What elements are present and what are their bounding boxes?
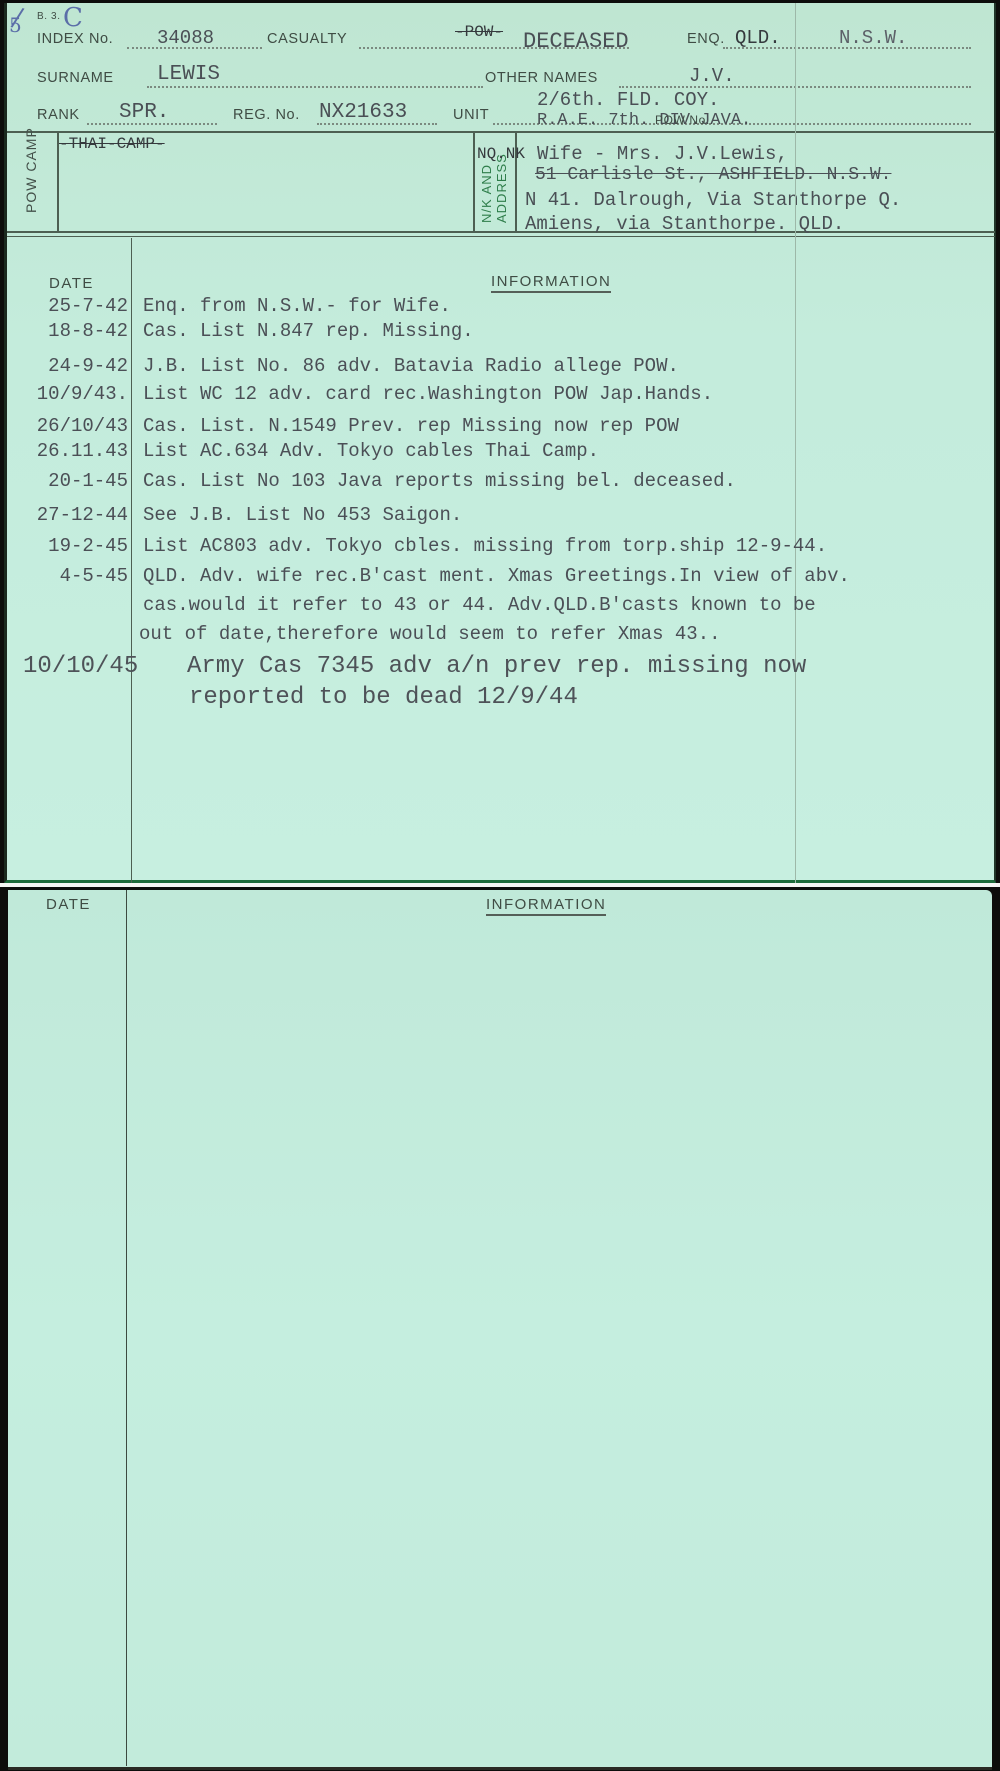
- surname-dots: [147, 86, 483, 88]
- entry-info: Army Cas 7345 adv a/n prev rep. missing …: [187, 653, 806, 680]
- pen-mark-c: C: [63, 3, 83, 33]
- address-label: ADDRESS: [494, 153, 509, 223]
- other-names-value: J.V.: [689, 65, 735, 87]
- other-names-label: OTHER NAMES: [485, 70, 598, 86]
- entry-info: reported to be dead 12/9/44: [189, 684, 578, 711]
- entry-date: 19-2-45: [48, 535, 128, 557]
- section-bottom-border-2: [7, 236, 995, 237]
- reg-no-label: REG. No.: [233, 107, 300, 123]
- entry-date: 4-5-45: [60, 565, 128, 587]
- entry-date: 24-9-42: [48, 355, 128, 377]
- entry-info: Cas. List. N.1549 Prev. rep Missing now …: [143, 415, 679, 437]
- enq-value-1: QLD.: [735, 27, 781, 49]
- unit-label: UNIT: [453, 107, 489, 123]
- entry-date: 20-1-45: [48, 470, 128, 492]
- entry-date: 27-12-44: [37, 504, 128, 526]
- entry-info: QLD. Adv. wife rec.B'cast ment. Xmas Gre…: [143, 565, 850, 587]
- pow-camp-label: POW CAMP: [23, 127, 39, 213]
- entry-info: J.B. List No. 86 adv. Batavia Radio alle…: [143, 355, 679, 377]
- entry-date: 10/9/43.: [37, 383, 128, 405]
- enq-label: ENQ.: [687, 31, 725, 47]
- entry-info: List AC.634 Adv. Tokyo cables Thai Camp.: [143, 440, 599, 462]
- casualty-card-back: DATE INFORMATION: [8, 890, 992, 1770]
- casualty-label: CASUALTY: [267, 31, 347, 47]
- nk-line-3: N 41. Dalrough, Via Stanthorpe Q.: [525, 189, 901, 211]
- surname-label: SURNAME: [37, 70, 114, 86]
- pow-no-label: POW No.: [655, 113, 710, 127]
- index-no-value: 34088: [157, 27, 214, 49]
- casualty-card-front: 5 / B. 3. C INDEX No. 34088 CASUALTY -PO…: [4, 3, 996, 883]
- entry-date: 10/10/45: [23, 653, 138, 680]
- surname-value: LEWIS: [157, 63, 220, 86]
- date-column-divider: [131, 238, 132, 883]
- casualty-value: DECEASED: [523, 29, 629, 54]
- unit-value-line2: R.A.E. 7th. DIV.JAVA.: [537, 111, 751, 130]
- index-no-label: INDEX No.: [37, 31, 113, 47]
- nk-line-2-struck: 51 Carlisle St., ASHFIELD. N.S.W.: [535, 165, 891, 185]
- nk-line-1: Wife - Mrs. J.V.Lewis,: [537, 143, 788, 165]
- enq-value-2: N.S.W.: [839, 27, 907, 49]
- section-top-border: [7, 131, 995, 133]
- nk-left-divider: [473, 131, 475, 231]
- form-code: B. 3.: [37, 11, 61, 22]
- date-header-back: DATE: [46, 896, 91, 913]
- date-column-divider-back: [126, 890, 127, 1766]
- section-bottom-border: [7, 231, 995, 233]
- entry-info: Cas. List No 103 Java reports missing be…: [143, 470, 736, 492]
- information-header: INFORMATION: [491, 273, 611, 293]
- information-header-back: INFORMATION: [486, 896, 606, 916]
- card-gap: [0, 883, 1000, 887]
- nk-line-4: Amiens, via Stanthorpe. QLD.: [525, 213, 844, 235]
- entry-info: cas.would it refer to 43 or 44. Adv.QLD.…: [143, 594, 816, 616]
- entry-info: List AC803 adv. Tokyo cbles. missing fro…: [143, 535, 827, 557]
- fold-line: [795, 3, 796, 883]
- nk-and-label: N/K AND: [479, 164, 494, 223]
- entry-date: 25-7-42: [48, 295, 128, 317]
- entry-date: 18-8-42: [48, 320, 128, 342]
- pen-stroke: /: [9, 2, 25, 33]
- pow-camp-value: -THAI-CAMP-: [59, 135, 165, 153]
- entry-date: 26.11.43: [37, 440, 128, 462]
- rank-label: RANK: [37, 107, 80, 123]
- date-header: DATE: [49, 275, 94, 292]
- nk-prefix: NQ.NK: [477, 145, 525, 163]
- entry-info: See J.B. List No 453 Saigon.: [143, 504, 462, 526]
- entry-info: List WC 12 adv. card rec.Washington POW …: [143, 383, 713, 405]
- casualty-struck-value: -POW-: [455, 23, 503, 41]
- entry-info: Enq. from N.S.W.- for Wife.: [143, 295, 451, 317]
- entry-info: out of date,therefore would seem to refe…: [139, 623, 721, 645]
- unit-value-line1: 2/6th. FLD. COY.: [537, 89, 719, 111]
- rank-value: SPR.: [119, 101, 169, 124]
- entry-date: 26/10/43: [37, 415, 128, 437]
- entry-info: Cas. List N.847 rep. Missing.: [143, 320, 474, 342]
- reg-no-value: NX21633: [319, 101, 407, 124]
